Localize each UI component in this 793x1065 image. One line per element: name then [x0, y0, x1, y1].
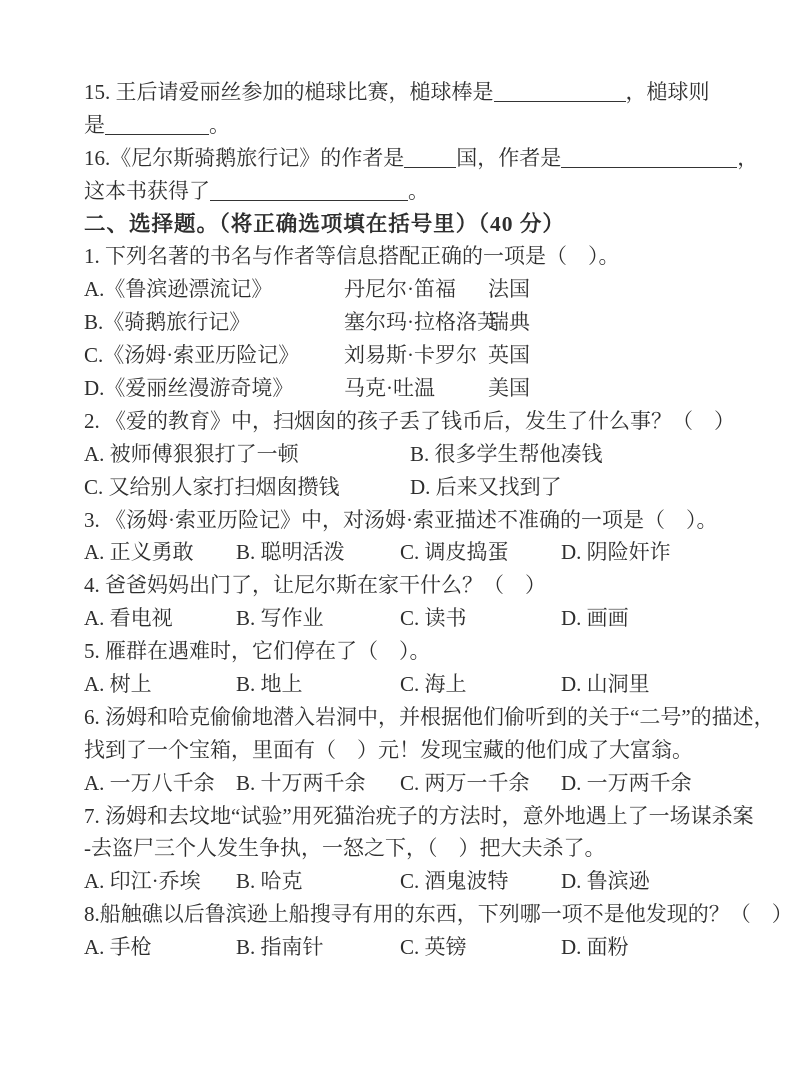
- exam-page: 15. 王后请爱丽丝参加的槌球比赛，槌球棒是，槌球则 是。 16.《尼尔斯骑鹅旅…: [0, 0, 793, 964]
- q1-stem: 1. 下列名著的书名与作者等信息搭配正确的一项是（ ）。: [84, 240, 738, 273]
- q15-answer-blank-1: [494, 82, 626, 102]
- q2-option-b: B. 很多学生帮他凑钱: [410, 438, 738, 471]
- q1-option-row-b: B.《骑鹅旅行记》塞尔玛·拉格洛芙瑞典: [84, 306, 738, 339]
- q16-text-5: 。: [408, 179, 429, 203]
- q8-stem: 8.船触礁以后鲁滨逊上船搜寻有用的东西，下列哪一项不是他发现的？（ ）: [84, 898, 738, 931]
- q7-stem-line-1: 7. 汤姆和去坟地“试验”用死猫治疣子的方法时，意外地遇上了一场谋杀案: [84, 800, 738, 833]
- q1-option-row-a: A.《鲁滨逊漂流记》丹尼尔·笛福法国: [84, 273, 738, 306]
- q7-stem-line-2: -去盗尸三个人发生争执，一怒之下，（ ）把大夫杀了。: [84, 832, 738, 865]
- q7-option-a: A. 印江·乔埃: [84, 865, 236, 898]
- q7-option-b: B. 哈克: [236, 865, 400, 898]
- q16-line-1: 16.《尼尔斯骑鹅旅行记》的作者是国，作者是，: [84, 142, 738, 175]
- q1-option-c-title: C.《汤姆·索亚历险记》: [84, 339, 344, 372]
- q7-option-row: A. 印江·乔埃B. 哈克C. 酒鬼波特D. 鲁滨逊: [84, 865, 738, 898]
- q1-option-row-c: C.《汤姆·索亚历险记》刘易斯·卡罗尔英国: [84, 339, 738, 372]
- q4-option-b: B. 写作业: [236, 602, 400, 635]
- q7-option-d: D. 鲁滨逊: [561, 865, 738, 898]
- q6-option-c: C. 两万一千余: [400, 767, 561, 800]
- q1-option-d-title: D.《爱丽丝漫游奇境》: [84, 372, 344, 405]
- q16-answer-blank-1: [404, 148, 456, 168]
- q1-option-b-title: B.《骑鹅旅行记》: [84, 306, 344, 339]
- q3-option-d: D. 阴险奸诈: [561, 536, 738, 569]
- q15-answer-blank-2: [105, 115, 209, 135]
- q8-option-a: A. 手枪: [84, 931, 236, 964]
- q4-option-c: C. 读书: [400, 602, 561, 635]
- q16-text-1: 16.《尼尔斯骑鹅旅行记》的作者是: [84, 146, 404, 170]
- q1-option-b-author: 塞尔玛·拉格洛芙: [344, 306, 488, 339]
- q5-option-d: D. 山洞里: [561, 668, 738, 701]
- q1-option-a-author: 丹尼尔·笛福: [344, 273, 488, 306]
- q5-option-c: C. 海上: [400, 668, 561, 701]
- q4-option-row: A. 看电视B. 写作业C. 读书D. 画画: [84, 602, 738, 635]
- q1-option-c-author: 刘易斯·卡罗尔: [344, 339, 488, 372]
- q15-text-3: 是: [84, 113, 105, 137]
- q1-option-c-country: 英国: [488, 339, 738, 372]
- q6-option-a: A. 一万八千余: [84, 767, 236, 800]
- q3-option-b: B. 聪明活泼: [236, 536, 400, 569]
- q16-answer-blank-3: [210, 181, 408, 201]
- q2-stem: 2. 《爱的教育》中，扫烟囱的孩子丢了钱币后，发生了什么事？（ ）: [84, 405, 738, 438]
- q5-stem: 5. 雁群在遇难时，它们停在了（ ）。: [84, 635, 738, 668]
- q4-option-a: A. 看电视: [84, 602, 236, 635]
- q3-stem: 3. 《汤姆·索亚历险记》中，对汤姆·索亚描述不准确的一项是（ ）。: [84, 504, 738, 537]
- q7-option-c: C. 酒鬼波特: [400, 865, 561, 898]
- q8-option-row: A. 手枪B. 指南针C. 英镑D. 面粉: [84, 931, 738, 964]
- q6-option-row: A. 一万八千余B. 十万两千余C. 两万一千余D. 一万两千余: [84, 767, 738, 800]
- q15-text-2: ，槌球则: [626, 80, 710, 104]
- q2-option-c: C. 又给别人家打扫烟囱攒钱: [84, 471, 410, 504]
- q15-text-1: 15. 王后请爱丽丝参加的槌球比赛，槌球棒是: [84, 80, 494, 104]
- q4-option-d: D. 画画: [561, 602, 738, 635]
- q1-option-row-d: D.《爱丽丝漫游奇境》马克·吐温美国: [84, 372, 738, 405]
- q8-option-c: C. 英镑: [400, 931, 561, 964]
- q3-option-a: A. 正义勇敢: [84, 536, 236, 569]
- q6-option-d: D. 一万两千余: [561, 767, 738, 800]
- q1-option-d-author: 马克·吐温: [344, 372, 488, 405]
- q5-option-row: A. 树上B. 地上C. 海上D. 山洞里: [84, 668, 738, 701]
- q16-line-2: 这本书获得了。: [84, 175, 738, 208]
- section-2-heading: 二、选择题。（将正确选项填在括号里）（40 分）: [84, 208, 738, 241]
- q6-option-b: B. 十万两千余: [236, 767, 400, 800]
- q2-option-a: A. 被师傅狠狠打了一顿: [84, 438, 410, 471]
- q2-option-row-1: A. 被师傅狠狠打了一顿B. 很多学生帮他凑钱: [84, 438, 738, 471]
- q6-stem-line-1: 6. 汤姆和哈克偷偷地潜入岩洞中，并根据他们偷听到的关于“二号”的描述，: [84, 701, 738, 734]
- q16-text-2: 国，作者是: [456, 146, 561, 170]
- q6-stem-line-2: 找到了一个宝箱，里面有（ ）元！发现宝藏的他们成了大富翁。: [84, 734, 738, 767]
- q2-option-d: D. 后来又找到了: [410, 471, 738, 504]
- q2-option-row-2: C. 又给别人家打扫烟囱攒钱D. 后来又找到了: [84, 471, 738, 504]
- q5-option-a: A. 树上: [84, 668, 236, 701]
- q8-option-d: D. 面粉: [561, 931, 738, 964]
- q16-text-4: 这本书获得了: [84, 179, 210, 203]
- q15-text-4: 。: [209, 113, 230, 137]
- q1-option-b-country: 瑞典: [488, 306, 738, 339]
- q1-option-d-country: 美国: [488, 372, 738, 405]
- q16-answer-blank-2: [561, 148, 737, 168]
- q3-option-row: A. 正义勇敢B. 聪明活泼C. 调皮捣蛋D. 阴险奸诈: [84, 536, 738, 569]
- q1-option-a-title: A.《鲁滨逊漂流记》: [84, 273, 344, 306]
- q8-option-b: B. 指南针: [236, 931, 400, 964]
- q4-stem: 4. 爸爸妈妈出门了，让尼尔斯在家干什么？（ ）: [84, 569, 738, 602]
- q15-line-1: 15. 王后请爱丽丝参加的槌球比赛，槌球棒是，槌球则: [84, 76, 738, 109]
- q16-text-3: ，: [737, 146, 758, 170]
- q1-option-a-country: 法国: [488, 273, 738, 306]
- q5-option-b: B. 地上: [236, 668, 400, 701]
- q3-option-c: C. 调皮捣蛋: [400, 536, 561, 569]
- q15-line-2: 是。: [84, 109, 738, 142]
